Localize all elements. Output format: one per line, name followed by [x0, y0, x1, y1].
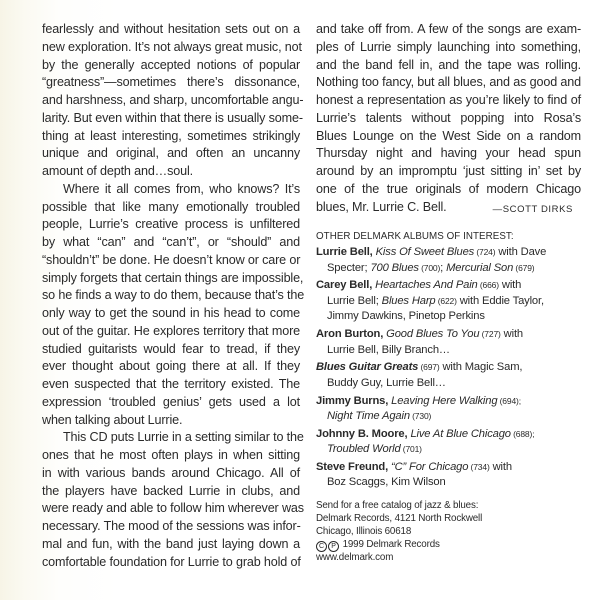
album-entry-continuation: Specter; 700 Blues (700); Mercurial Son …	[316, 261, 581, 277]
text-line: fearlessly and without hesitation sets o…	[42, 21, 300, 39]
album-entry-continuation: Buddy Guy, Lurrie Bell…	[316, 376, 581, 392]
album-note: Lurrie Bell, Billy Branch…	[327, 344, 450, 356]
catalog-number: (679)	[513, 263, 534, 273]
album-note: Jimmy Dawkins, Pinetop Perkins	[327, 310, 485, 322]
copyright-text: 1999 Delmark Records	[343, 539, 440, 550]
text-line: ever thought about going there at all. I…	[42, 358, 300, 376]
catalog-number: (701)	[401, 444, 422, 454]
artist-name: Blues Guitar Greats	[316, 361, 418, 373]
catalog-footer: Send for a free catalog of jazz & blues:…	[316, 500, 581, 565]
text-line: ples of Lurrie simply launching into som…	[316, 39, 581, 57]
essay-last-line: blues, Mr. Lurrie C. Bell.	[316, 199, 446, 217]
address-city: Chicago, Illinois 60618	[316, 526, 581, 539]
text-line: Where it all comes from, who knows? It’s	[42, 181, 300, 199]
album-title: Mercurial Son	[446, 262, 513, 274]
text-line: the players have backed Lurrie in clubs,…	[42, 483, 300, 501]
right-text-column: and take off from. A few of the songs ar…	[316, 21, 581, 565]
catalog-number: (724)	[474, 247, 495, 257]
text-line: Thursday night and having your head spun	[316, 145, 581, 163]
artist-name: Steve Freund,	[316, 461, 388, 473]
album-title: “C” For Chicago	[391, 461, 468, 473]
text-line: by the generally accepted notions of pop…	[42, 57, 300, 75]
album-entry: Jimmy Burns, Leaving Here Walking (694);…	[316, 394, 581, 425]
catalog-number: (694);	[497, 396, 521, 406]
artist-name: Lurrie Bell,	[316, 246, 373, 258]
text-line: “greatness”—sometimes there’s dissonance…	[42, 74, 300, 92]
artist-name: Johnny B. Moore,	[316, 428, 407, 440]
album-entry-continuation: Night Time Again (730)	[316, 409, 581, 425]
text-line: and harshness, and sharp, uncomfortable …	[42, 92, 300, 110]
essay-paragraph: This CD puts Lurrie in a setting similar…	[42, 429, 300, 571]
text-line: studied guitarists would fear to tread, …	[42, 341, 300, 359]
text-line: “shouldn’t” be done. He doesn’t know or …	[42, 252, 300, 270]
album-note: Buddy Guy, Lurrie Bell…	[327, 377, 446, 389]
text-line: by what “can” and “can’t”, or “should” a…	[42, 234, 300, 252]
album-entry: Johnny B. Moore, Live At Blue Chicago (6…	[316, 427, 581, 458]
text-line: even suspected that the territory existe…	[42, 376, 300, 394]
catalog-number: (622)	[435, 296, 456, 306]
artist-name: Aron Burton,	[316, 328, 383, 340]
text-line: Lurrie’s talents without popping into Ro…	[316, 110, 581, 128]
phonogram-icon: P	[328, 541, 339, 552]
text-line: and the band fell in, and the tape was r…	[316, 57, 581, 75]
catalog-number: (700)	[419, 263, 440, 273]
text-line: amount of depth and…soul.	[42, 163, 300, 181]
album-title: Good Blues To You	[386, 328, 479, 340]
text-line: unique and original, and often an uncann…	[42, 145, 300, 163]
text-line: This CD puts Lurrie in a setting similar…	[42, 429, 300, 447]
album-title: Heartaches And Pain	[375, 279, 477, 291]
album-entry: Blues Guitar Greats (697) with Magic Sam…	[316, 360, 581, 391]
text-line: thing at least interesting, sometimes st…	[42, 128, 300, 146]
album-title: Troubled World	[327, 443, 401, 455]
album-list: Lurrie Bell, Kiss Of Sweet Blues (724) w…	[316, 245, 581, 491]
catalog-number: (697)	[418, 362, 439, 372]
text-line: so he finds a way to do them, because th…	[42, 287, 300, 305]
catalog-offer: Send for a free catalog of jazz & blues:	[316, 500, 581, 513]
catalog-number: (688);	[511, 429, 535, 439]
album-entry-continuation: Troubled World (701)	[316, 442, 581, 458]
album-entry: Steve Freund, “C” For Chicago (734) with…	[316, 460, 581, 491]
text-line: out of the guitar. He explores territory…	[42, 323, 300, 341]
text-line: comfortable foundation for Lurrie to gra…	[42, 554, 300, 572]
album-entry-continuation: Boz Scaggs, Kim Wilson	[316, 475, 581, 491]
copyright-line: CP 1999 Delmark Records	[316, 539, 581, 552]
text-line: necessary. The mood of the sessions was …	[42, 518, 300, 536]
author-signature: —SCOTT DIRKS	[493, 199, 581, 217]
text-line: Blues Lounge on the West Side on a rando…	[316, 128, 581, 146]
album-note: with Magic Sam,	[440, 361, 523, 373]
signature-line: blues, Mr. Lurrie C. Bell. —SCOTT DIRKS	[316, 199, 581, 217]
artist-name: Carey Bell,	[316, 279, 372, 291]
catalog-number: (727)	[479, 329, 500, 339]
album-entry-continuation: Jimmy Dawkins, Pinetop Perkins	[316, 309, 581, 325]
text-line: Nothing too fancy, but all blues, and as…	[316, 74, 581, 92]
text-line: and take off from. A few of the songs ar…	[316, 21, 581, 39]
copyright-icon: C	[316, 541, 327, 552]
catalog-number: (734)	[468, 462, 489, 472]
text-line: when talking about Lurrie.	[42, 412, 300, 430]
album-note: with	[490, 461, 512, 473]
text-line: mal and fun, with the band just laying d…	[42, 536, 300, 554]
text-line: ones that he most often plays in when si…	[42, 447, 300, 465]
text-line: possible that like many emotionally trou…	[42, 199, 300, 217]
text-line: one of the true originals of modern Chic…	[316, 181, 581, 199]
essay-continuation: and take off from. A few of the songs ar…	[316, 21, 581, 199]
album-title: Live At Blue Chicago	[410, 428, 510, 440]
album-note: with	[501, 328, 523, 340]
album-entry-continuation: Lurrie Bell, Billy Branch…	[316, 343, 581, 359]
album-title: 700 Blues	[370, 262, 418, 274]
album-entry: Aron Burton, Good Blues To You (727) wit…	[316, 327, 581, 358]
text-line: larity. But even within that there is us…	[42, 110, 300, 128]
album-entry: Lurrie Bell, Kiss Of Sweet Blues (724) w…	[316, 245, 581, 276]
album-title: Kiss Of Sweet Blues	[376, 246, 475, 258]
text-line: new exploration. It’s not always great m…	[42, 39, 300, 57]
album-note: Boz Scaggs, Kim Wilson	[327, 476, 446, 488]
text-line: were ready and able to follow him wherev…	[42, 500, 300, 518]
address-street: Delmark Records, 4121 North Rockwell	[316, 513, 581, 526]
essay-paragraph: Where it all comes from, who knows? It’s…	[42, 181, 300, 430]
album-note: Specter;	[327, 262, 370, 274]
album-title: Leaving Here Walking	[391, 395, 497, 407]
text-line: in with various bands around Chicago. Al…	[42, 465, 300, 483]
artist-name: Jimmy Burns,	[316, 395, 388, 407]
text-line: honest a representation as you’re likely…	[316, 92, 581, 110]
essay-paragraph: fearlessly and without hesitation sets o…	[42, 21, 300, 181]
text-line: people, Lurrie’s creative process is unf…	[42, 216, 300, 234]
left-text-column: fearlessly and without hesitation sets o…	[42, 21, 300, 571]
text-line: only way to get the sound in his head to…	[42, 305, 300, 323]
album-note: Lurrie Bell;	[327, 295, 382, 307]
album-title: Night Time Again	[327, 410, 410, 422]
album-entry-continuation: Lurrie Bell; Blues Harp (622) with Eddie…	[316, 294, 581, 310]
album-title: Blues Harp	[382, 295, 436, 307]
text-line: simply forgets that certain things are i…	[42, 270, 300, 288]
other-albums-heading: OTHER DELMARK ALBUMS OF INTEREST:	[316, 228, 581, 245]
catalog-number: (730)	[410, 411, 431, 421]
text-line: around by an impromptu ‘just sitting in’…	[316, 163, 581, 181]
album-entry: Carey Bell, Heartaches And Pain (666) wi…	[316, 278, 581, 325]
album-note: with Dave	[495, 246, 546, 258]
text-line: expression ‘troubled genius’ gets used a…	[42, 394, 300, 412]
catalog-number: (666)	[478, 280, 499, 290]
album-note: with	[499, 279, 521, 291]
album-note: with Eddie Taylor,	[457, 295, 544, 307]
website-link[interactable]: www.delmark.com	[316, 552, 581, 565]
